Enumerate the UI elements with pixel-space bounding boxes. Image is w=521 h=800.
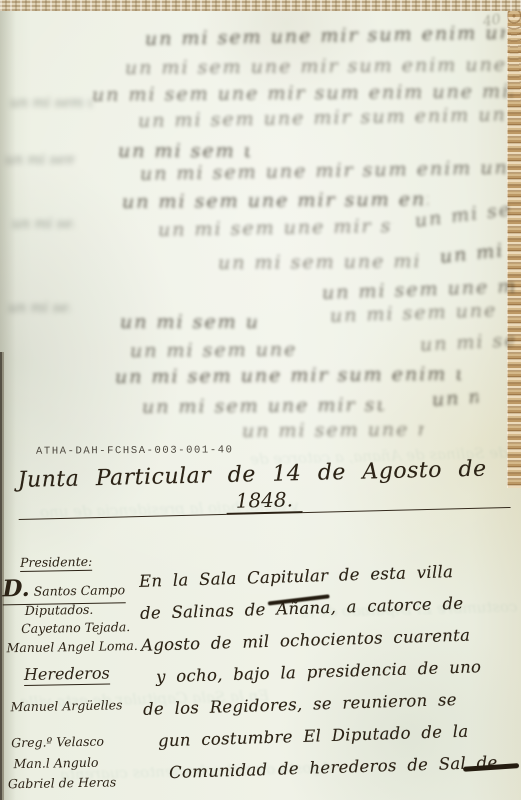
ink-offset-smudge-line: un mi sem une mir sum enim une mis sie n… bbox=[122, 188, 428, 215]
manuscript-page: 40 un mi sem une mir sum enim une mis si… bbox=[0, 0, 521, 800]
ink-offset-smudge-line: un mi sem une mir sum enim une mis sie n… bbox=[218, 250, 418, 276]
ink-offset-smudge-line: un mi sem une mir sum enim une mis sie n… bbox=[145, 22, 505, 52]
margin-stain: un mi sem une mir sum enim une mis sie n… bbox=[12, 216, 74, 232]
ink-offset-smudge-line: un mi sem une mir sum enim une mis sie n… bbox=[130, 338, 306, 364]
ink-offset-smudge-line: un mi sem une mir sum enim une mis sie n… bbox=[158, 215, 394, 243]
ink-offset-smudge-line: un mi sem une mir sum enim une mis sie n… bbox=[419, 329, 514, 358]
margin-stain: un mi sem une mir sum enim une mis sie n… bbox=[5, 152, 75, 168]
ink-offset-smudge-line: un mi sem une mir sum enim une mis sie n… bbox=[125, 54, 513, 81]
margin-name-santos-campo: D. Santos Campo bbox=[2, 573, 125, 605]
ink-offset-smudge-line: un mi sem une mir sum enim une mis sie n… bbox=[142, 394, 384, 420]
ink-offset-smudge-line: un mi sem une mir sum enim une mis sie n… bbox=[414, 198, 512, 234]
margin-heading-herederos: Herederos bbox=[24, 663, 110, 683]
margin-heading-presidente: Presidente: bbox=[20, 554, 93, 570]
margin-stain: un mi sem une mir sum enim une mis sie n… bbox=[10, 95, 92, 111]
margin-name-manuel-angel-loma: Manuel Angel Loma. bbox=[6, 638, 138, 655]
book-edge-top bbox=[0, 0, 521, 11]
ink-offset-smudge-line: un mi sem une mir sum enim une mis sie n… bbox=[242, 418, 424, 444]
title-underline-right bbox=[302, 491, 511, 513]
margin-name-cayetano-tejada: Cayetano Tejada. bbox=[21, 619, 130, 636]
minutes-body-text: En la Sala Capitular de esta villa de Sa… bbox=[139, 554, 520, 790]
margin-heading-diputados: Diputados. bbox=[25, 602, 94, 618]
archive-reference-stamp: ATHA-DAH-FCHSA-003-001-40 bbox=[36, 444, 234, 457]
margin-stain: un mi sem une mir sum enim une mis sie n… bbox=[8, 300, 70, 316]
ink-offset-smudge-line: un mi sem une mir sum enim une mis sie n… bbox=[118, 140, 250, 164]
ink-offset-smudge-line: un mi sem une mir sum enim une mis sie n… bbox=[330, 299, 503, 329]
ink-offset-smudge-line: un mi sem une mir sum enim une mis sie n… bbox=[120, 311, 256, 335]
ink-offset-smudge-line: un mi sem une mir sum enim une mis sie n… bbox=[140, 157, 508, 187]
ink-offset-smudge-line: un mi sem une mir sum enim une mis sie n… bbox=[439, 239, 511, 270]
ink-offset-smudge-line: un mi sem une mir sum enim une mis sie n… bbox=[431, 386, 479, 413]
margin-name-gregorio-velasco: Greg.º Velasco bbox=[11, 734, 104, 751]
ink-offset-smudge-line: un mi sem une mir sum enim une mis sie n… bbox=[115, 363, 461, 390]
ink-offset-smudge-line: un mi sem une mir sum enim une mis sie n… bbox=[138, 104, 504, 134]
